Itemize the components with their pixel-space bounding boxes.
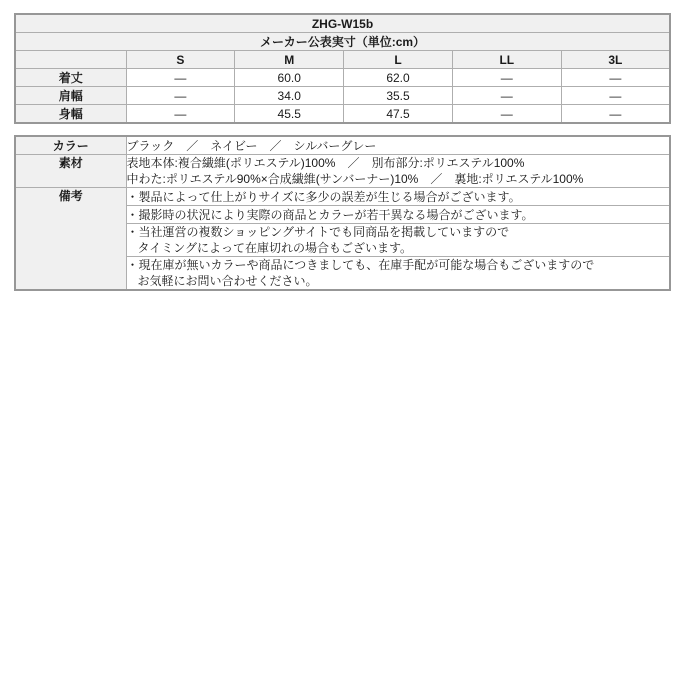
size-header-l: L (344, 51, 453, 69)
remarks-note-3: ・当社運営の複数ショッピングサイトでも同商品を掲載していますので タイミングによ… (126, 224, 670, 257)
shoulder-value-m: 34.0 (235, 87, 344, 105)
row-label-color: カラー (15, 136, 126, 155)
length-value-l: 62.0 (344, 69, 453, 87)
table-row-length: 着丈 — 60.0 62.0 — — (15, 69, 670, 87)
row-label-material: 素材 (15, 155, 126, 188)
size-table-subtitle-row: メーカー公表実寸（単位:cm） (15, 33, 670, 51)
width-value-l: 47.5 (344, 105, 453, 124)
table-row-shoulder: 肩幅 — 34.0 35.5 — — (15, 87, 670, 105)
size-table: ZHG-W15b メーカー公表実寸（単位:cm） S M L LL 3L 着丈 … (14, 13, 671, 124)
size-header-blank (15, 51, 126, 69)
remarks-note-4: ・現在庫が無いカラーや商品につきましても、在庫手配が可能な場合もございますので … (126, 257, 670, 291)
size-header-s: S (126, 51, 235, 69)
shoulder-value-s: — (126, 87, 235, 105)
color-value: ブラック ／ ネイビー ／ シルバーグレー (126, 136, 670, 155)
remarks-note-2: ・撮影時の状況により実際の商品とカラーが若干異なる場合がございます。 (126, 206, 670, 224)
length-value-ll: — (452, 69, 561, 87)
color-row: カラー ブラック ／ ネイビー ／ シルバーグレー (15, 136, 670, 155)
page: ZHG-W15b メーカー公表実寸（単位:cm） S M L LL 3L 着丈 … (0, 0, 690, 291)
material-row: 素材 表地本体:複合繊維(ポリエステル)100% ／ 別布部分:ポリエステル10… (15, 155, 670, 188)
size-table-subtitle: メーカー公表実寸（単位:cm） (15, 33, 670, 51)
width-value-3l: — (561, 105, 670, 124)
remarks-row-1: 備考 ・製品によって仕上がりサイズに多少の誤差が生じる場合がございます。 (15, 188, 670, 206)
size-table-title-row: ZHG-W15b (15, 14, 670, 33)
remarks-note-3-line-2: タイミングによって在庫切れの場合もございます。 (127, 240, 670, 256)
width-value-ll: — (452, 105, 561, 124)
shoulder-value-ll: — (452, 87, 561, 105)
remarks-note-4-line-2: お気軽にお問い合わせください。 (127, 273, 670, 289)
row-label-shoulder: 肩幅 (15, 87, 126, 105)
size-header-m: M (235, 51, 344, 69)
row-label-length: 着丈 (15, 69, 126, 87)
size-header-3l: 3L (561, 51, 670, 69)
material-value: 表地本体:複合繊維(ポリエステル)100% ／ 別布部分:ポリエステル100% … (126, 155, 670, 188)
product-code: ZHG-W15b (15, 14, 670, 33)
detail-table: カラー ブラック ／ ネイビー ／ シルバーグレー 素材 表地本体:複合繊維(ポ… (14, 135, 671, 291)
length-value-s: — (126, 69, 235, 87)
remarks-note-1: ・製品によって仕上がりサイズに多少の誤差が生じる場合がございます。 (126, 188, 670, 206)
size-header-ll: LL (452, 51, 561, 69)
remarks-note-3-line-1: ・当社運営の複数ショッピングサイトでも同商品を掲載していますので (127, 224, 670, 240)
shoulder-value-3l: — (561, 87, 670, 105)
length-value-3l: — (561, 69, 670, 87)
shoulder-value-l: 35.5 (344, 87, 453, 105)
remarks-note-4-line-1: ・現在庫が無いカラーや商品につきましても、在庫手配が可能な場合もございますので (127, 257, 670, 273)
width-value-m: 45.5 (235, 105, 344, 124)
length-value-m: 60.0 (235, 69, 344, 87)
width-value-s: — (126, 105, 235, 124)
row-label-width: 身幅 (15, 105, 126, 124)
size-table-header-row: S M L LL 3L (15, 51, 670, 69)
table-row-width: 身幅 — 45.5 47.5 — — (15, 105, 670, 124)
material-line-2: 中わた:ポリエステル90%×合成繊維(サンバーナー)10% ／ 裏地:ポリエステ… (127, 171, 670, 187)
row-label-remarks: 備考 (15, 188, 126, 291)
material-line-1: 表地本体:複合繊維(ポリエステル)100% ／ 別布部分:ポリエステル100% (127, 155, 670, 171)
